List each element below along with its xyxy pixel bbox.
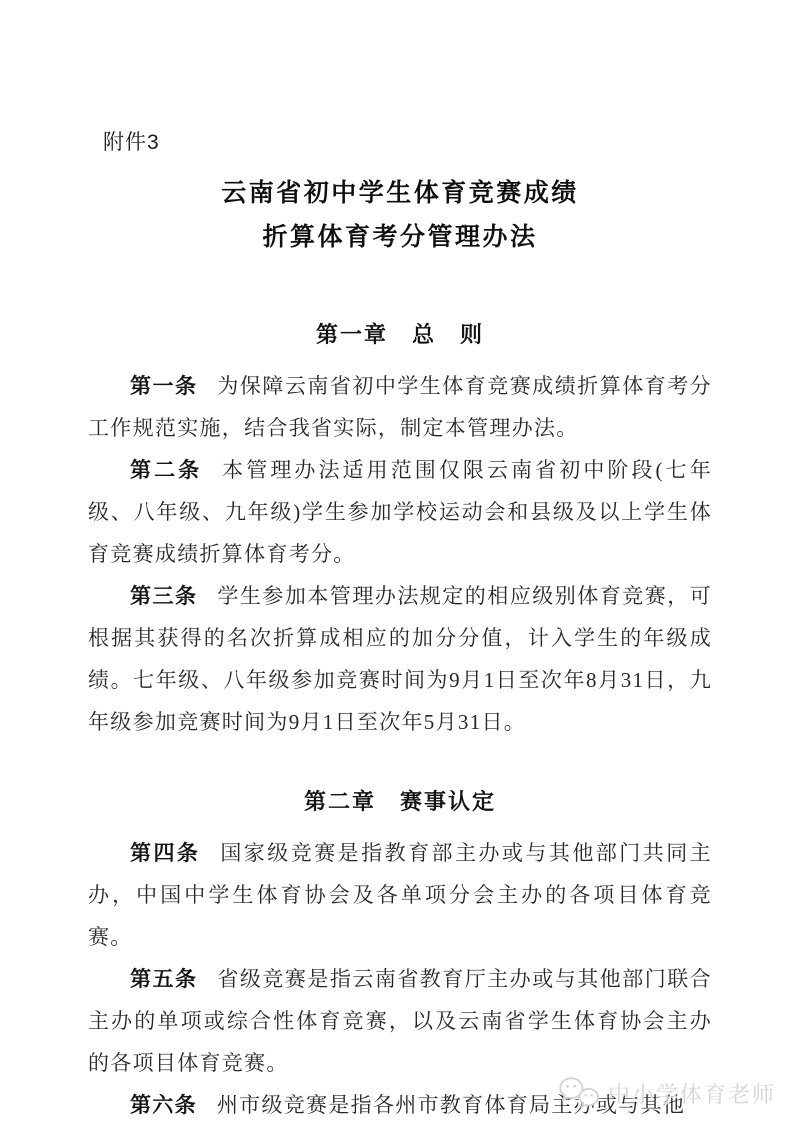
wechat-icon xyxy=(557,1075,601,1111)
article-label: 第二条 xyxy=(130,458,202,482)
chapter-heading: 第二章 赛事认定 xyxy=(88,785,712,816)
watermark-label: 中小学体育老师 xyxy=(608,1078,776,1109)
article-label: 第四条 xyxy=(130,841,200,865)
article-paragraph: 第五条省级竞赛是指云南省教育厅主办或与其他部门联合主办的单项或综合性体育竞赛，以… xyxy=(88,958,712,1084)
article-paragraph: 第四条国家级竞赛是指教育部主办或与其他部门共同主办，中国中学生体育协会及各单项分… xyxy=(88,832,712,958)
article-label: 第一条 xyxy=(130,374,197,398)
document-page: 附件3 云南省初中学生体育竞赛成绩 折算体育考分管理办法 第一章 总 则第一条为… xyxy=(0,0,800,1131)
article-label: 第三条 xyxy=(130,584,197,608)
document-title-line-1: 云南省初中学生体育竞赛成绩 xyxy=(88,172,712,216)
article-paragraph: 第一条为保障云南省初中学生体育竞赛成绩折算体育考分工作规范实施，结合我省实际，制… xyxy=(88,365,712,449)
chapter-section: 第一章 总 则第一条为保障云南省初中学生体育竞赛成绩折算体育考分工作规范实施，结… xyxy=(88,318,712,743)
chapter-heading: 第一章 总 则 xyxy=(88,318,712,349)
watermark: 中小学体育老师 xyxy=(557,1075,776,1111)
article-label: 第五条 xyxy=(130,967,197,991)
article-paragraph: 第三条学生参加本管理办法规定的相应级别体育竞赛，可根据其获得的名次折算成相应的加… xyxy=(88,575,712,743)
attachment-label: 附件3 xyxy=(103,126,712,156)
document-content: 附件3 云南省初中学生体育竞赛成绩 折算体育考分管理办法 第一章 总 则第一条为… xyxy=(0,0,800,1126)
article-paragraph: 第二条本管理办法适用范围仅限云南省初中阶段(七年级、八年级、九年级)学生参加学校… xyxy=(88,449,712,575)
article-label: 第六条 xyxy=(130,1093,197,1117)
document-body: 第一章 总 则第一条为保障云南省初中学生体育竞赛成绩折算体育考分工作规范实施，结… xyxy=(88,318,712,1126)
document-title-line-2: 折算体育考分管理办法 xyxy=(88,216,712,260)
document-title: 云南省初中学生体育竞赛成绩 折算体育考分管理办法 xyxy=(88,172,712,260)
